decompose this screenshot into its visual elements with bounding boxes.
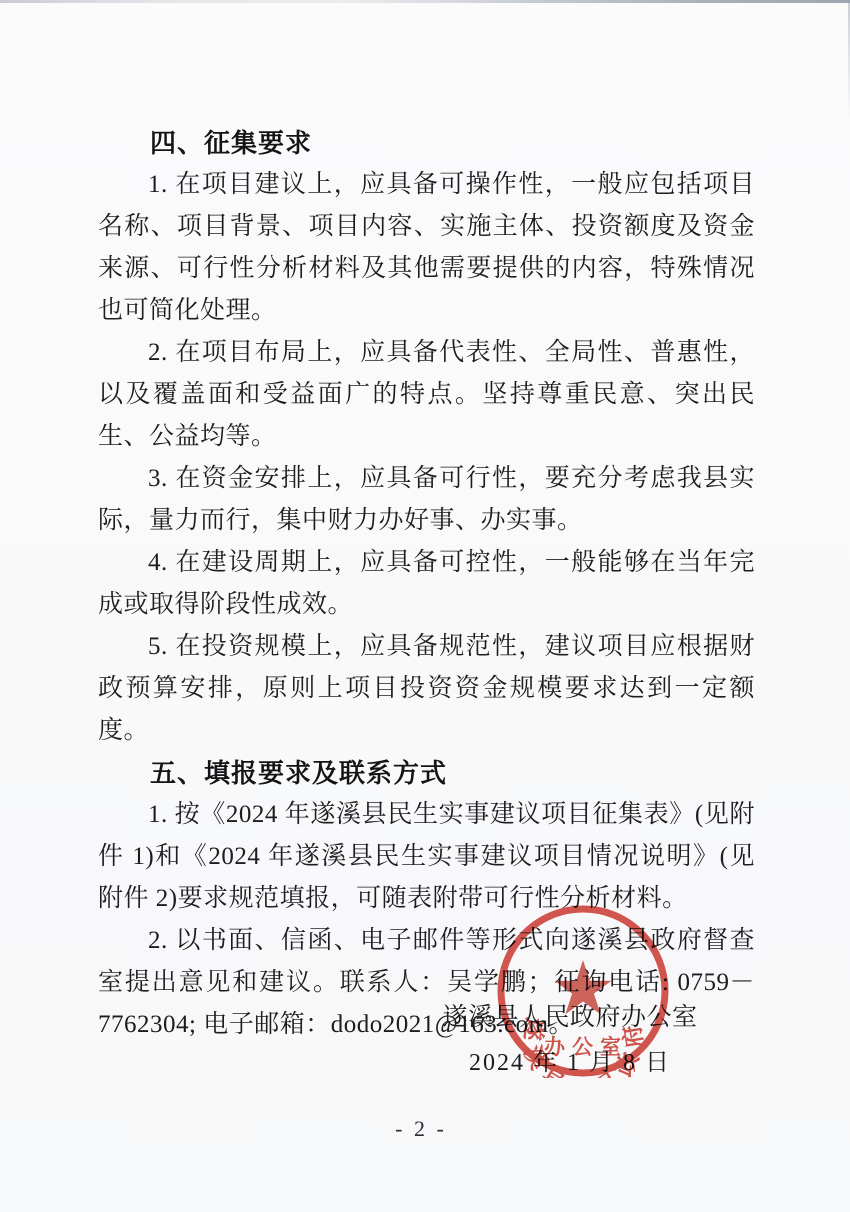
section-heading-collection-requirements: 四、征集要求 (98, 122, 755, 164)
para-project-layout: 2. 在项目布局上，应具备代表性、全局性、普惠性，以及覆盖面和受益面广的特点。坚… (98, 332, 755, 458)
document-page: 四、征集要求 1. 在项目建议上，应具备可操作性，一般应包括项目名称、项目背景、… (0, 0, 850, 1212)
para-construction-cycle: 4. 在建设周期上，应具备可控性，一般能够在当年完成或取得阶段性成效。 (98, 542, 755, 626)
scan-edge-artifact (0, 0, 850, 3)
seal-bottom-text: 办公室 (544, 1035, 628, 1059)
para-filing-forms: 1. 按《2024 年遂溪县民生实事建议项目征集表》(见附件 1)和《2024 … (98, 794, 755, 920)
section-heading-filing-contact: 五、填报要求及联系方式 (98, 752, 755, 794)
para-project-proposal: 1. 在项目建议上，应具备可操作性，一般应包括项目名称、项目背景、项目内容、实施… (98, 164, 755, 332)
official-seal: 遂溪县人民政府 办公室 (496, 904, 670, 1078)
para-investment-scale: 5. 在投资规模上，应具备规范性，建议项目应根据财政预算安排，原则上项目投资资金… (98, 626, 755, 752)
seal-star-icon (555, 960, 612, 1014)
para-fund-arrangement: 3. 在资金安排上，应具备可行性，要充分考虑我县实际，量力而行，集中财力办好事、… (98, 458, 755, 542)
page-number: - 2 - (0, 1116, 842, 1142)
